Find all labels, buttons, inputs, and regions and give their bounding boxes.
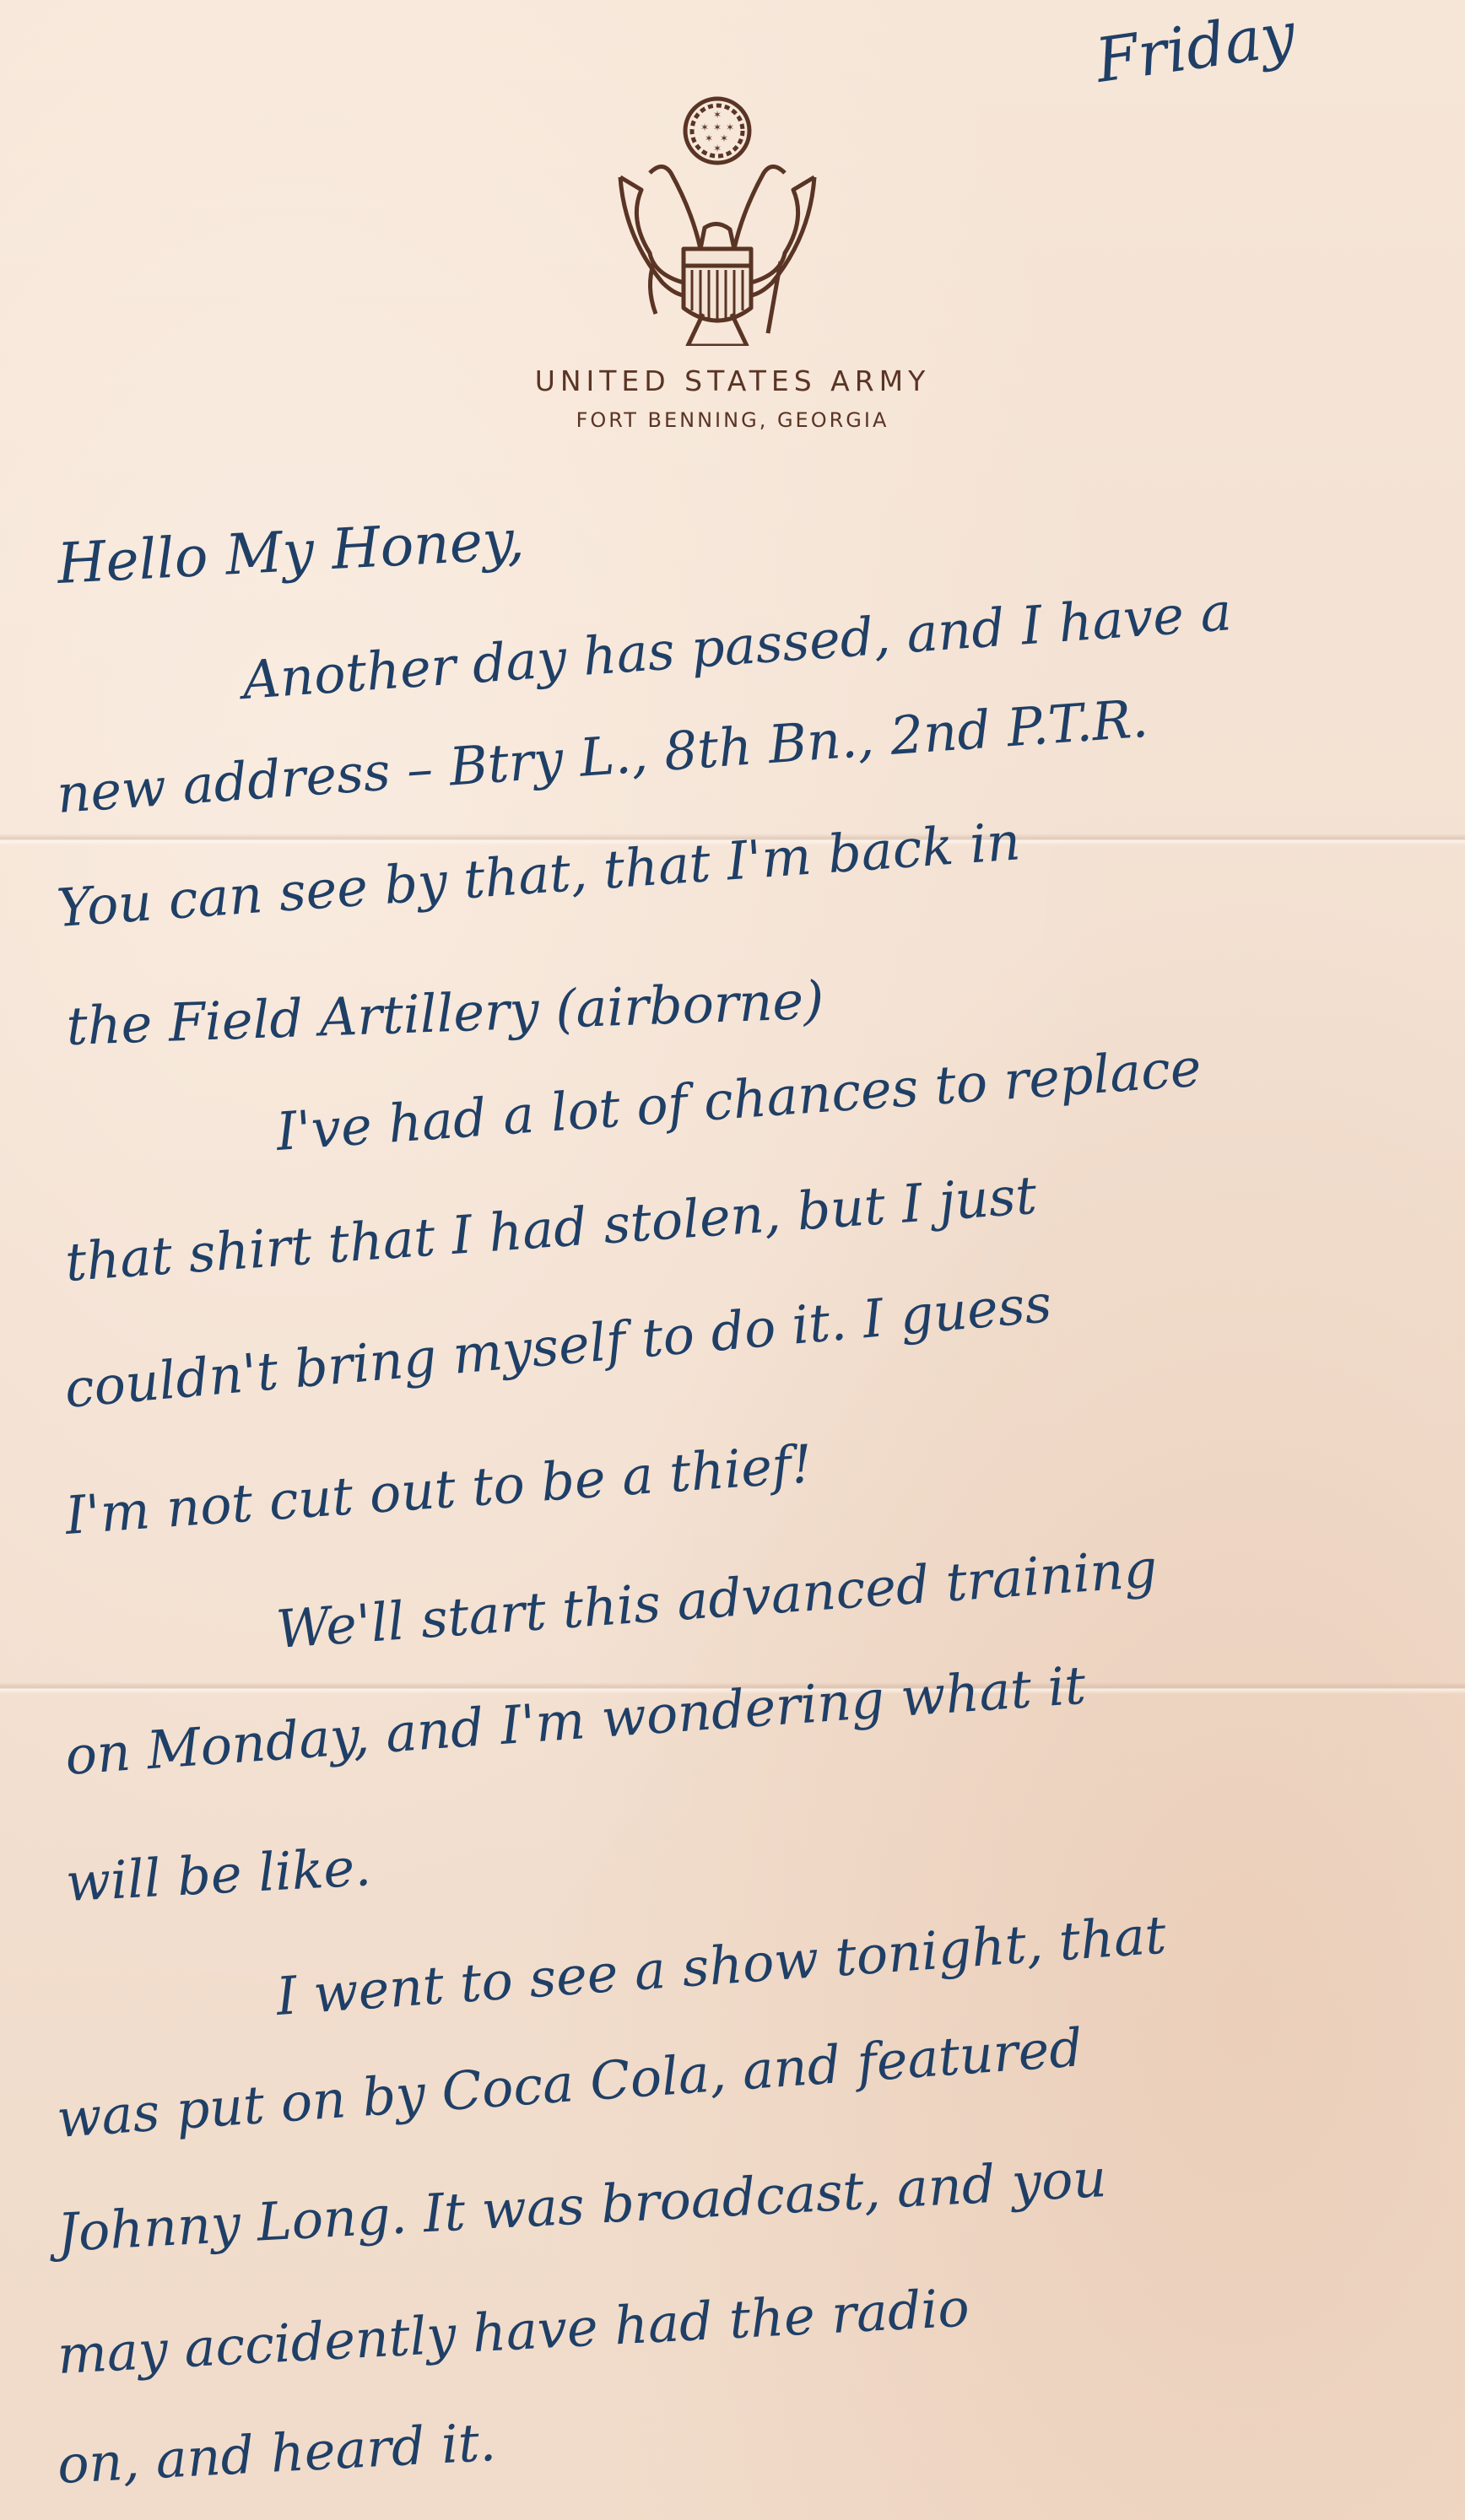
- letter-line: We'll start this advanced training: [274, 1537, 1160, 1660]
- letter-greeting: Hello My Honey,: [56, 507, 526, 596]
- letter-line: I went to see a show tonight, that: [274, 1903, 1168, 2027]
- svg-text:✶: ✶: [713, 143, 722, 154]
- letter-line: Johnny Long. It was broadcast, and you: [56, 2147, 1108, 2264]
- letter-page: ✶ ✶✶✶ ✶✶ ✶ UNITED STATES ARMY FORT BENNI…: [0, 0, 1465, 2520]
- letter-line: was put on by Coca Cola, and featured: [55, 2016, 1084, 2150]
- svg-text:✶: ✶: [726, 121, 734, 133]
- letter-line: You can see by that, that I'm back in: [55, 810, 1022, 939]
- letterhead-subtitle: FORT BENNING, GEORGIA: [0, 408, 1465, 432]
- letter-line: couldn't bring myself to do it. I guess: [62, 1272, 1054, 1420]
- letter-line: I've had a lot of chances to replace: [274, 1037, 1203, 1163]
- letter-line: on, and heard it.: [56, 2411, 497, 2496]
- letter-line: new address – Btry L., 8th Bn., 2nd P.T.…: [55, 688, 1150, 825]
- svg-text:✶: ✶: [705, 132, 713, 144]
- letter-line: I'm not cut out to be a thief!: [63, 1433, 814, 1546]
- letter-line: the Field Artillery (airborne): [65, 969, 824, 1057]
- svg-text:✶: ✶: [713, 121, 722, 133]
- svg-text:✶: ✶: [713, 109, 722, 121]
- letter-line: will be like.: [64, 1836, 372, 1913]
- letterhead-title: UNITED STATES ARMY: [0, 364, 1465, 397]
- svg-text:✶: ✶: [700, 121, 709, 133]
- us-army-eagle-crest-icon: ✶ ✶✶✶ ✶✶ ✶: [603, 93, 831, 346]
- letter-line: on Monday, and I'm wondering what it: [63, 1654, 1088, 1787]
- letter-line: may accidently have had the radio: [56, 2276, 970, 2386]
- letter-date: Friday: [1091, 0, 1299, 96]
- letter-line: that shirt that I had stolen, but I just: [63, 1164, 1039, 1293]
